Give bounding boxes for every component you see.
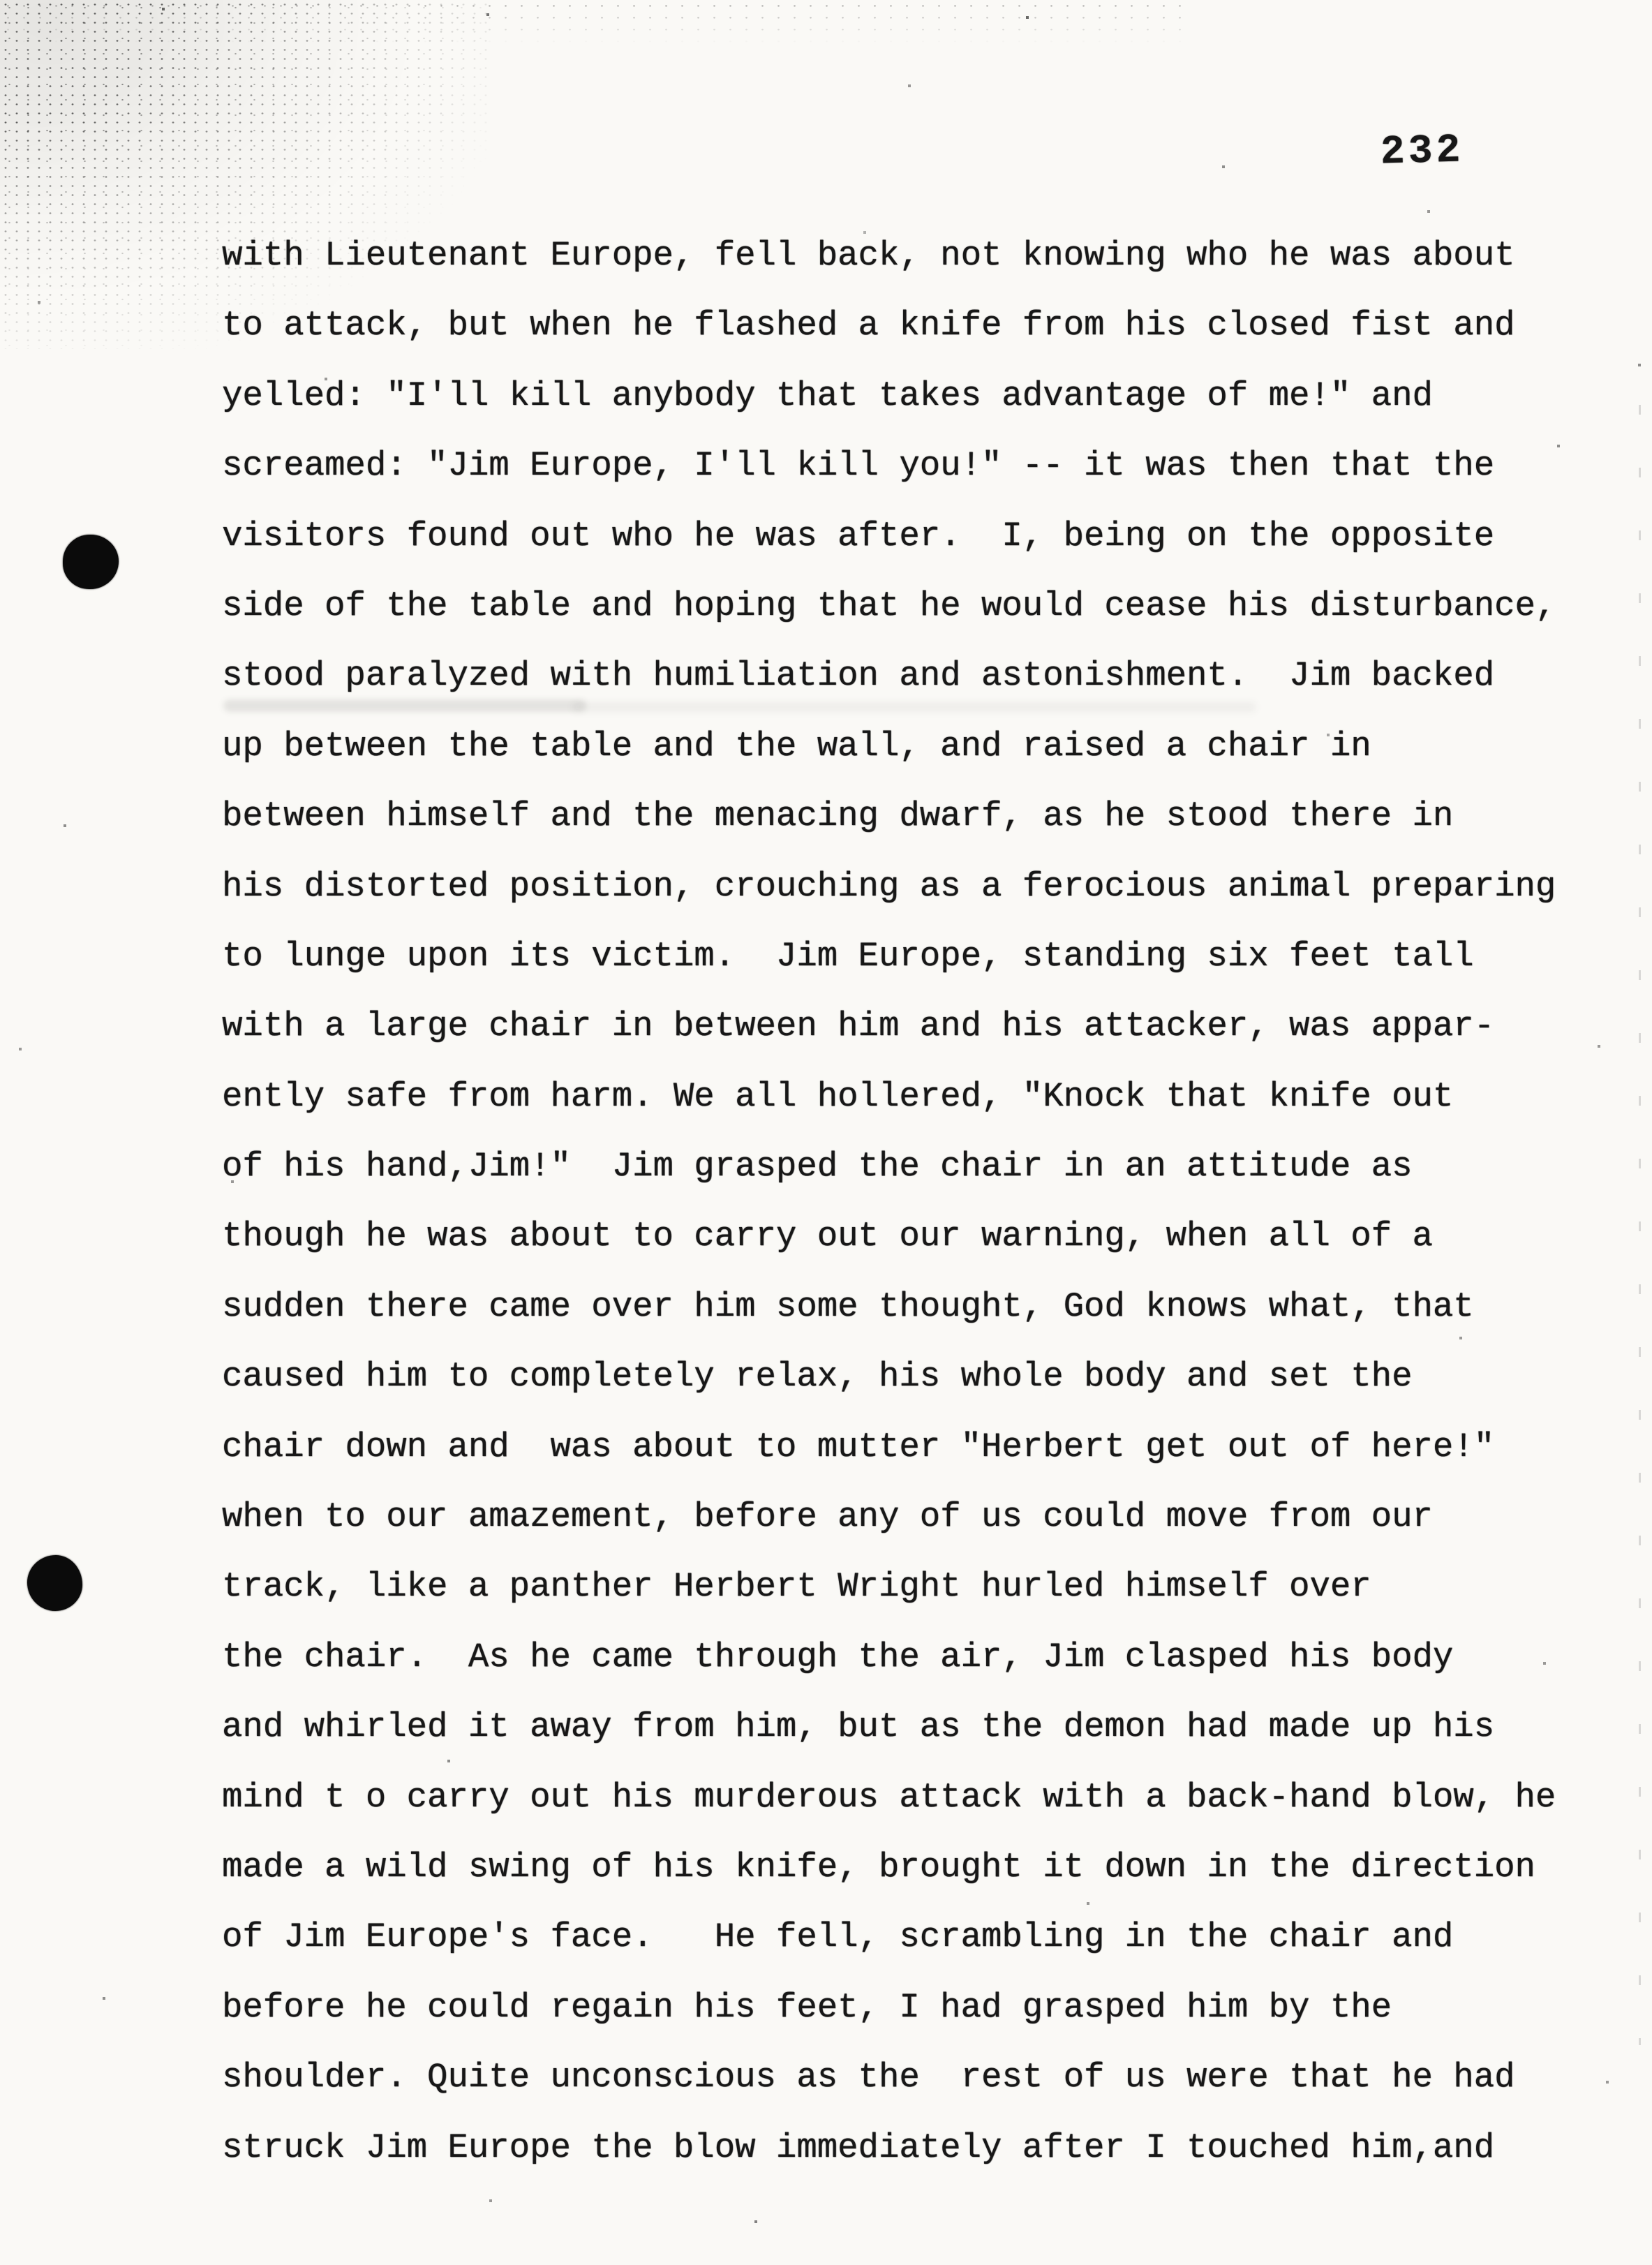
scan-edge-artifact: [1639, 405, 1641, 2045]
text-line: shoulder. Quite unconscious as the rest …: [222, 2042, 1625, 2112]
text-line: ently safe from harm. We all hollered, "…: [222, 1062, 1625, 1131]
text-line: of Jim Europe's face. He fell, scramblin…: [222, 1902, 1625, 1972]
text-line: though he was about to carry out our war…: [222, 1201, 1625, 1271]
ink-blot-lower: [27, 1555, 82, 1611]
text-line: chair down and was about to mutter "Herb…: [222, 1412, 1625, 1482]
text-line: sudden there came over him some thought,…: [222, 1272, 1625, 1342]
document-page: 232 with Lieutenant Europe, fell back, n…: [0, 0, 1652, 2265]
text-line: when to our amazement, before any of us …: [222, 1482, 1625, 1552]
text-line: of his hand,Jim!" Jim grasped the chair …: [222, 1131, 1625, 1201]
ink-blot-upper: [63, 535, 119, 589]
text-line: mind t o carry out his murderous attack …: [222, 1762, 1625, 1832]
text-line: track, like a panther Herbert Wright hur…: [222, 1552, 1625, 1621]
text-line: the chair. As he came through the air, J…: [222, 1622, 1625, 1692]
text-line: to lunge upon its victim. Jim Europe, st…: [222, 921, 1625, 991]
body-text: with Lieutenant Europe, fell back, not k…: [222, 221, 1625, 2183]
text-line: yelled: "I'll kill anybody that takes ad…: [222, 361, 1625, 431]
text-line: before he could regain his feet, I had g…: [222, 1973, 1625, 2042]
text-line: made a wild swing of his knife, brought …: [222, 1832, 1625, 1902]
text-line: struck Jim Europe the blow immediately a…: [222, 2113, 1625, 2183]
text-line: caused him to completely relax, his whol…: [222, 1342, 1625, 1411]
scan-noise-top-edge: [0, 0, 1186, 49]
text-line: screamed: "Jim Europe, I'll kill you!" -…: [222, 431, 1625, 500]
text-line: with a large chair in between him and hi…: [222, 991, 1625, 1061]
text-line: between himself and the menacing dwarf, …: [222, 781, 1625, 851]
text-line: and whirled it away from him, but as the…: [222, 1692, 1625, 1762]
text-line: stood paralyzed with humiliation and ast…: [222, 641, 1625, 711]
text-line: to attack, but when he flashed a knife f…: [222, 290, 1625, 360]
page-number: 232: [1380, 128, 1464, 175]
paper-specks: [0, 0, 1, 1]
text-line: side of the table and hoping that he wou…: [222, 571, 1625, 641]
text-line: with Lieutenant Europe, fell back, not k…: [222, 221, 1625, 290]
text-line: visitors found out who he was after. I, …: [222, 501, 1625, 571]
text-line: up between the table and the wall, and r…: [222, 711, 1625, 781]
text-line: his distorted position, crouching as a f…: [222, 852, 1625, 921]
